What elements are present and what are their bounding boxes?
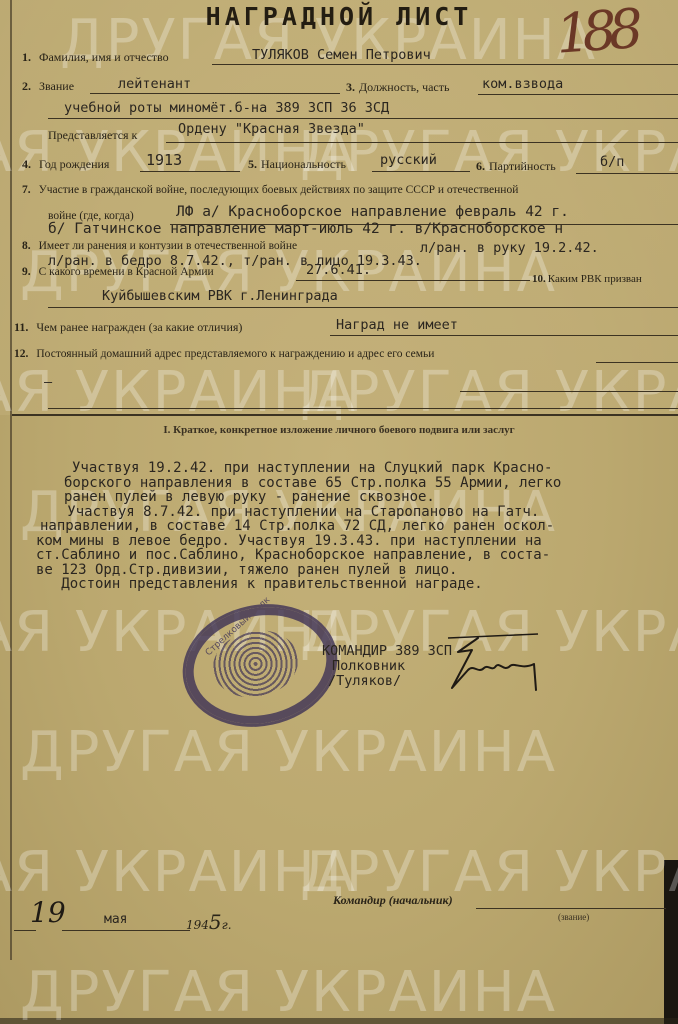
field-7-value-continued: б/ Гатчинское направление март-июль 42 г… (48, 221, 563, 237)
field-label: Должность, часть (359, 80, 449, 94)
field-number: 5. (248, 157, 257, 171)
field-9-underline (296, 280, 530, 281)
field-9-label: 9.С какого времени в Красной Армии (22, 266, 214, 278)
field-7-value: ЛФ а/ Красноборское направление февраль … (176, 204, 569, 220)
field-2-underline (90, 93, 340, 94)
date-month: мая (104, 912, 127, 927)
field-label: Постоянный домашний адрес представляемог… (36, 348, 434, 360)
nominated-value: Ордену "Красная Звезда" (178, 121, 365, 137)
field-2-label: 2.Звание (22, 79, 74, 94)
watermark: ДРУГАЯ УКРАИНА (20, 720, 557, 785)
field-number: 10. (532, 273, 546, 285)
signer-rank: Полковник (332, 659, 452, 674)
field-number: 2. (22, 79, 31, 93)
field-3-continuation-underline (48, 118, 678, 119)
field-label: Фамилия, имя и отчество (39, 50, 169, 64)
field-11-value: Наград не имеет (336, 317, 458, 333)
field-number: 4. (22, 157, 31, 171)
signature-block: КОМАНДИР 389 ЗСП Полковник /Туляков/ (322, 644, 452, 689)
commander-label: Командир (начальник) (333, 893, 453, 908)
field-6-underline (576, 173, 678, 174)
date-year: 1945г. (186, 910, 232, 934)
feat-description: Участвуя 19.2.42. при наступлении на Слу… (72, 461, 672, 592)
section-divider (12, 414, 678, 416)
field-number: 7. (22, 184, 31, 196)
scan-edge-shadow (664, 860, 678, 1024)
feat-line: борского направления в составе 65 Стр.по… (64, 476, 672, 491)
field-number: 3. (346, 80, 355, 94)
field-8-value: л/ран. в руку 19.2.42. (420, 240, 599, 256)
field-2-value: лейтенант (118, 76, 191, 92)
field-6-label: 6.Партийность (476, 159, 556, 174)
feat-line: ст.Саблино и пос.Саблино, Красноборское … (36, 548, 672, 563)
field-12-label: 12.Постоянный домашний адрес представляе… (14, 348, 434, 360)
field-label: Чем ранее награжден (за какие отличия) (36, 320, 242, 334)
feat-line: ве 123 Орд.Стр.дивизии, тяжело ранен пул… (36, 563, 672, 578)
handwritten-signature (438, 630, 548, 700)
commander-signature-line (476, 908, 666, 909)
date-day-underline (14, 930, 36, 931)
field-10-label: 10.Каким РВК призван (532, 273, 642, 285)
field-11-label: 11.Чем ранее награжден (за какие отличия… (14, 320, 242, 335)
feat-line: ранен пулей в левую руку - ранение сквоз… (64, 490, 672, 505)
field-4-underline (140, 171, 240, 172)
field-label: Каким РВК призван (548, 273, 642, 285)
field-label: Национальность (261, 157, 346, 171)
date-day: 19 (30, 896, 66, 929)
field-12-underline-3 (48, 408, 678, 409)
field-4-label: 4.Год рождения (22, 157, 109, 172)
scan-bottom-edge (0, 1018, 678, 1024)
field-number: 12. (14, 348, 28, 360)
field-12-underline (596, 362, 678, 363)
field-8-label: 8.Имеет ли ранения и контузии в отечеств… (22, 240, 297, 252)
field-10-underline (48, 307, 678, 308)
year-prefix: 194 (186, 918, 209, 932)
field-number: 1. (22, 50, 31, 64)
feat-line: Достоин представления к правительственно… (36, 577, 672, 592)
field-label: Звание (39, 79, 74, 93)
field-1-underline (212, 64, 678, 65)
field-5-label: 5.Национальность (248, 157, 346, 172)
field-label: Участие в гражданской войне, последующих… (39, 184, 519, 196)
feat-line: Участвуя 19.2.42. при наступлении на Слу… (72, 461, 672, 476)
field-7-label: 7.Участие в гражданской войне, последующ… (22, 184, 518, 196)
field-5-underline (372, 171, 470, 172)
signer-title: КОМАНДИР 389 ЗСП (322, 644, 452, 659)
field-12-value: — (44, 374, 52, 390)
feat-section-heading: I. Краткое, конкретное изложение личного… (0, 424, 678, 436)
field-1-label: 1.Фамилия, имя и отчество (22, 50, 169, 65)
feat-line: ком мины в левое бедро. Участвуя 19.3.43… (36, 534, 672, 549)
year-suffix: 5 (209, 910, 222, 934)
year-unit: г. (222, 918, 232, 932)
field-label: Имеет ли ранения и контузии в отечествен… (39, 240, 297, 252)
field-3-underline (478, 94, 678, 95)
feat-line: Участвуя 8.7.42. при наступлении на Стар… (42, 505, 672, 520)
handwritten-number: 188 (554, 0, 637, 66)
field-4-value: 1913 (146, 151, 182, 169)
field-number: 9. (22, 266, 31, 278)
field-1-value: ТУЛЯКОВ Семен Петрович (252, 47, 431, 63)
field-3-label: 3.Должность, часть (346, 80, 449, 95)
watermark: ДРУГАЯ УКРАИНА (20, 960, 557, 1024)
field-number: 8. (22, 240, 31, 252)
feat-line: направлении, в составе 14 Стр.полка 72 С… (40, 519, 672, 534)
field-number: 11. (14, 320, 28, 334)
field-5-value: русский (380, 152, 437, 168)
rank-caption: (звание) (558, 912, 589, 922)
field-label: С какого времени в Красной Армии (39, 266, 214, 278)
field-3-value-continued: учебной роты миномёт.б-на 389 ЗСП 36 ЗСД (64, 100, 389, 116)
left-margin-rule (10, 0, 12, 960)
field-12-underline-2 (460, 391, 678, 392)
nominated-label: Представляется к (48, 128, 137, 143)
field-3-value: ком.взвода (482, 76, 563, 92)
field-number: 6. (476, 159, 485, 173)
field-label: Год рождения (39, 157, 109, 171)
field-label: Партийность (489, 159, 556, 173)
signer-name: /Туляков/ (328, 674, 452, 689)
field-10-value: Куйбышевским РВК г.Ленинграда (102, 288, 338, 304)
date-month-underline (62, 930, 190, 931)
field-9-value: 27.6.41. (306, 262, 371, 278)
field-11-underline (330, 335, 678, 336)
award-sheet-document: ДРУГАЯ УКРАИНА ДРУГАЯ УКРАИНА ДРУГАЯ УКР… (0, 0, 678, 1024)
field-6-value: б/п (600, 154, 624, 170)
nominated-underline (166, 142, 678, 143)
